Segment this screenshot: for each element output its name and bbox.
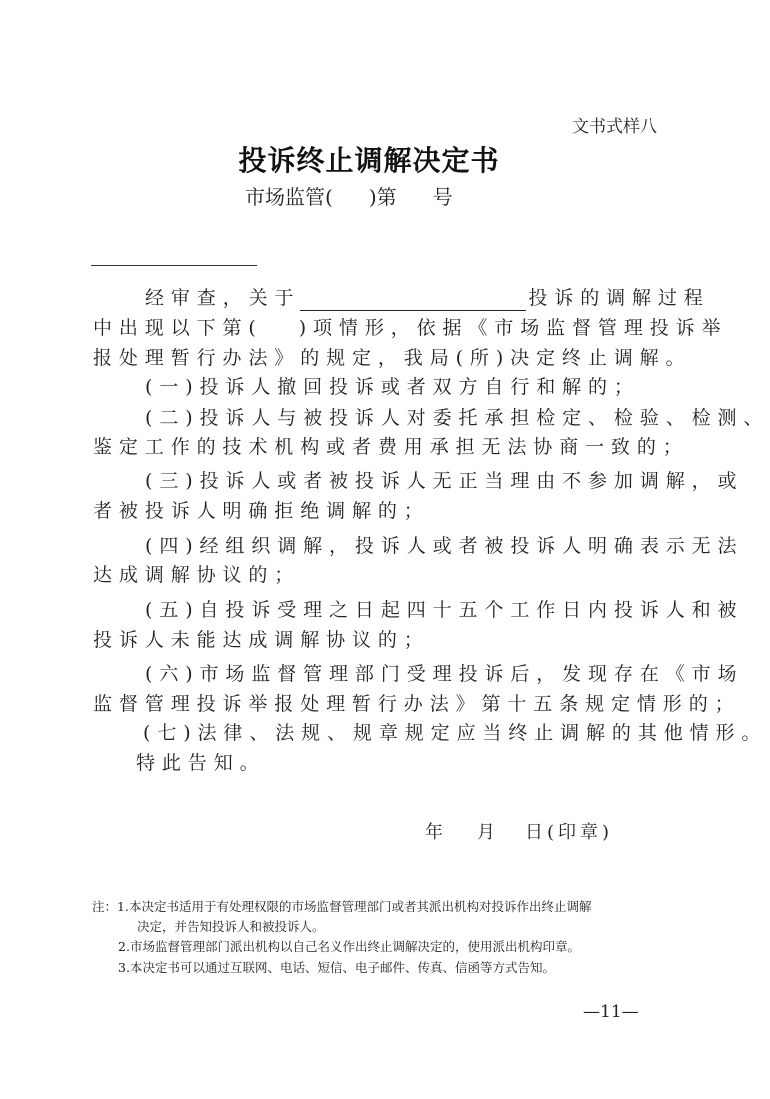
item-1: (一)投诉人撤回投诉或者双方自行和解的； xyxy=(93,374,640,400)
notes-label: 注： xyxy=(92,899,117,914)
note-2-number: 2. xyxy=(118,939,130,954)
note-2: 2.市场监督管理部门派出机构以自己名义作出终止调解决定的，使用派出机构印章。 xyxy=(118,938,580,956)
complaint-subject-blank xyxy=(300,290,526,311)
seal-label: (印章) xyxy=(547,822,613,843)
item-6-line-2: 监督管理投诉举报处理暂行办法》第十五条规定情形的； xyxy=(93,691,741,717)
note-1-line-2: 决定，并告知投诉人和被投诉人。 xyxy=(137,918,325,936)
year-label: 年 xyxy=(425,822,447,843)
month-label: 月 xyxy=(477,822,499,843)
item-6-line-1: (六)市场监督管理部门受理投诉后，发现存在《市场 xyxy=(93,661,743,687)
intro-line-3: 报处理暂行办法》的规定，我局(所)决定终止调解。 xyxy=(93,345,691,371)
item-4-line-1: (四)经组织调解，投诉人或者被投诉人明确表示无法 xyxy=(93,533,743,559)
intro-text: 投诉的调解过程 xyxy=(528,287,709,309)
intro-text: 中出现以下第( xyxy=(93,317,263,339)
intro-text: 经审查，关于 xyxy=(145,287,300,309)
note-2-text: 市场监督管理部门派出机构以自己名义作出终止调解决定的，使用派出机构印章。 xyxy=(130,939,580,954)
note-1-number: 1. xyxy=(117,899,129,914)
intro-text: )项情形，依据《市场监督管理投诉举 xyxy=(299,317,728,339)
form-label: 文书式样八 xyxy=(572,112,657,137)
note-3: 3.本决定书可以通过互联网、电话、短信、电子邮件、传真、信函等方式告知。 xyxy=(118,959,555,977)
day-label: 日 xyxy=(525,822,547,843)
note-1-text: 本决定书适用于有处理权限的市场监督管理部门或者其派出机构对投诉作出终止调解 xyxy=(129,899,592,914)
item-3-line-2: 者被投诉人明确拒绝调解的； xyxy=(93,498,430,524)
note-1-line-1: 注：1.本决定书适用于有处理权限的市场监督管理部门或者其派出机构对投诉作出终止调… xyxy=(92,898,591,916)
intro-line-2: 中出现以下第()项情形，依据《市场监督管理投诉举 xyxy=(93,315,727,341)
item-7: (七)法律、法规、规章规定应当终止调解的其他情形。 xyxy=(93,720,767,746)
item-5-line-2: 投诉人未能达成调解协议的； xyxy=(93,627,430,653)
note-3-text: 本决定书可以通过互联网、电话、短信、电子邮件、传真、信函等方式告知。 xyxy=(130,960,555,975)
item-2-line-1: (二)投诉人与被投诉人对委托承担检定、检验、检测、 xyxy=(93,405,769,431)
note-3-number: 3. xyxy=(118,960,130,975)
doc-number-prefix: 市场监管( xyxy=(245,185,333,209)
doc-number-suffix: 号 xyxy=(433,185,453,209)
intro-line-1: 经审查，关于投诉的调解过程 xyxy=(93,285,710,311)
document-title: 投诉终止调解决定书 xyxy=(0,139,738,179)
page-number: —11— xyxy=(583,1002,639,1022)
item-3-line-1: (三)投诉人或者被投诉人无正当理由不参加调解，或 xyxy=(93,468,743,494)
item-4-line-2: 达成调解协议的； xyxy=(93,562,300,588)
doc-number-middle: )第 xyxy=(369,185,397,209)
closing-statement: 特此告知。 xyxy=(93,750,266,776)
header-divider xyxy=(91,265,257,266)
document-number: 市场监管()第号 xyxy=(245,181,453,210)
item-5-line-1: (五)自投诉受理之日起四十五个工作日内投诉人和被 xyxy=(93,597,743,623)
signature-date-line: 年月日(印章) xyxy=(425,818,613,844)
item-2-line-2: 鉴定工作的技术机构或者费用承担无法协商一致的； xyxy=(93,434,689,460)
